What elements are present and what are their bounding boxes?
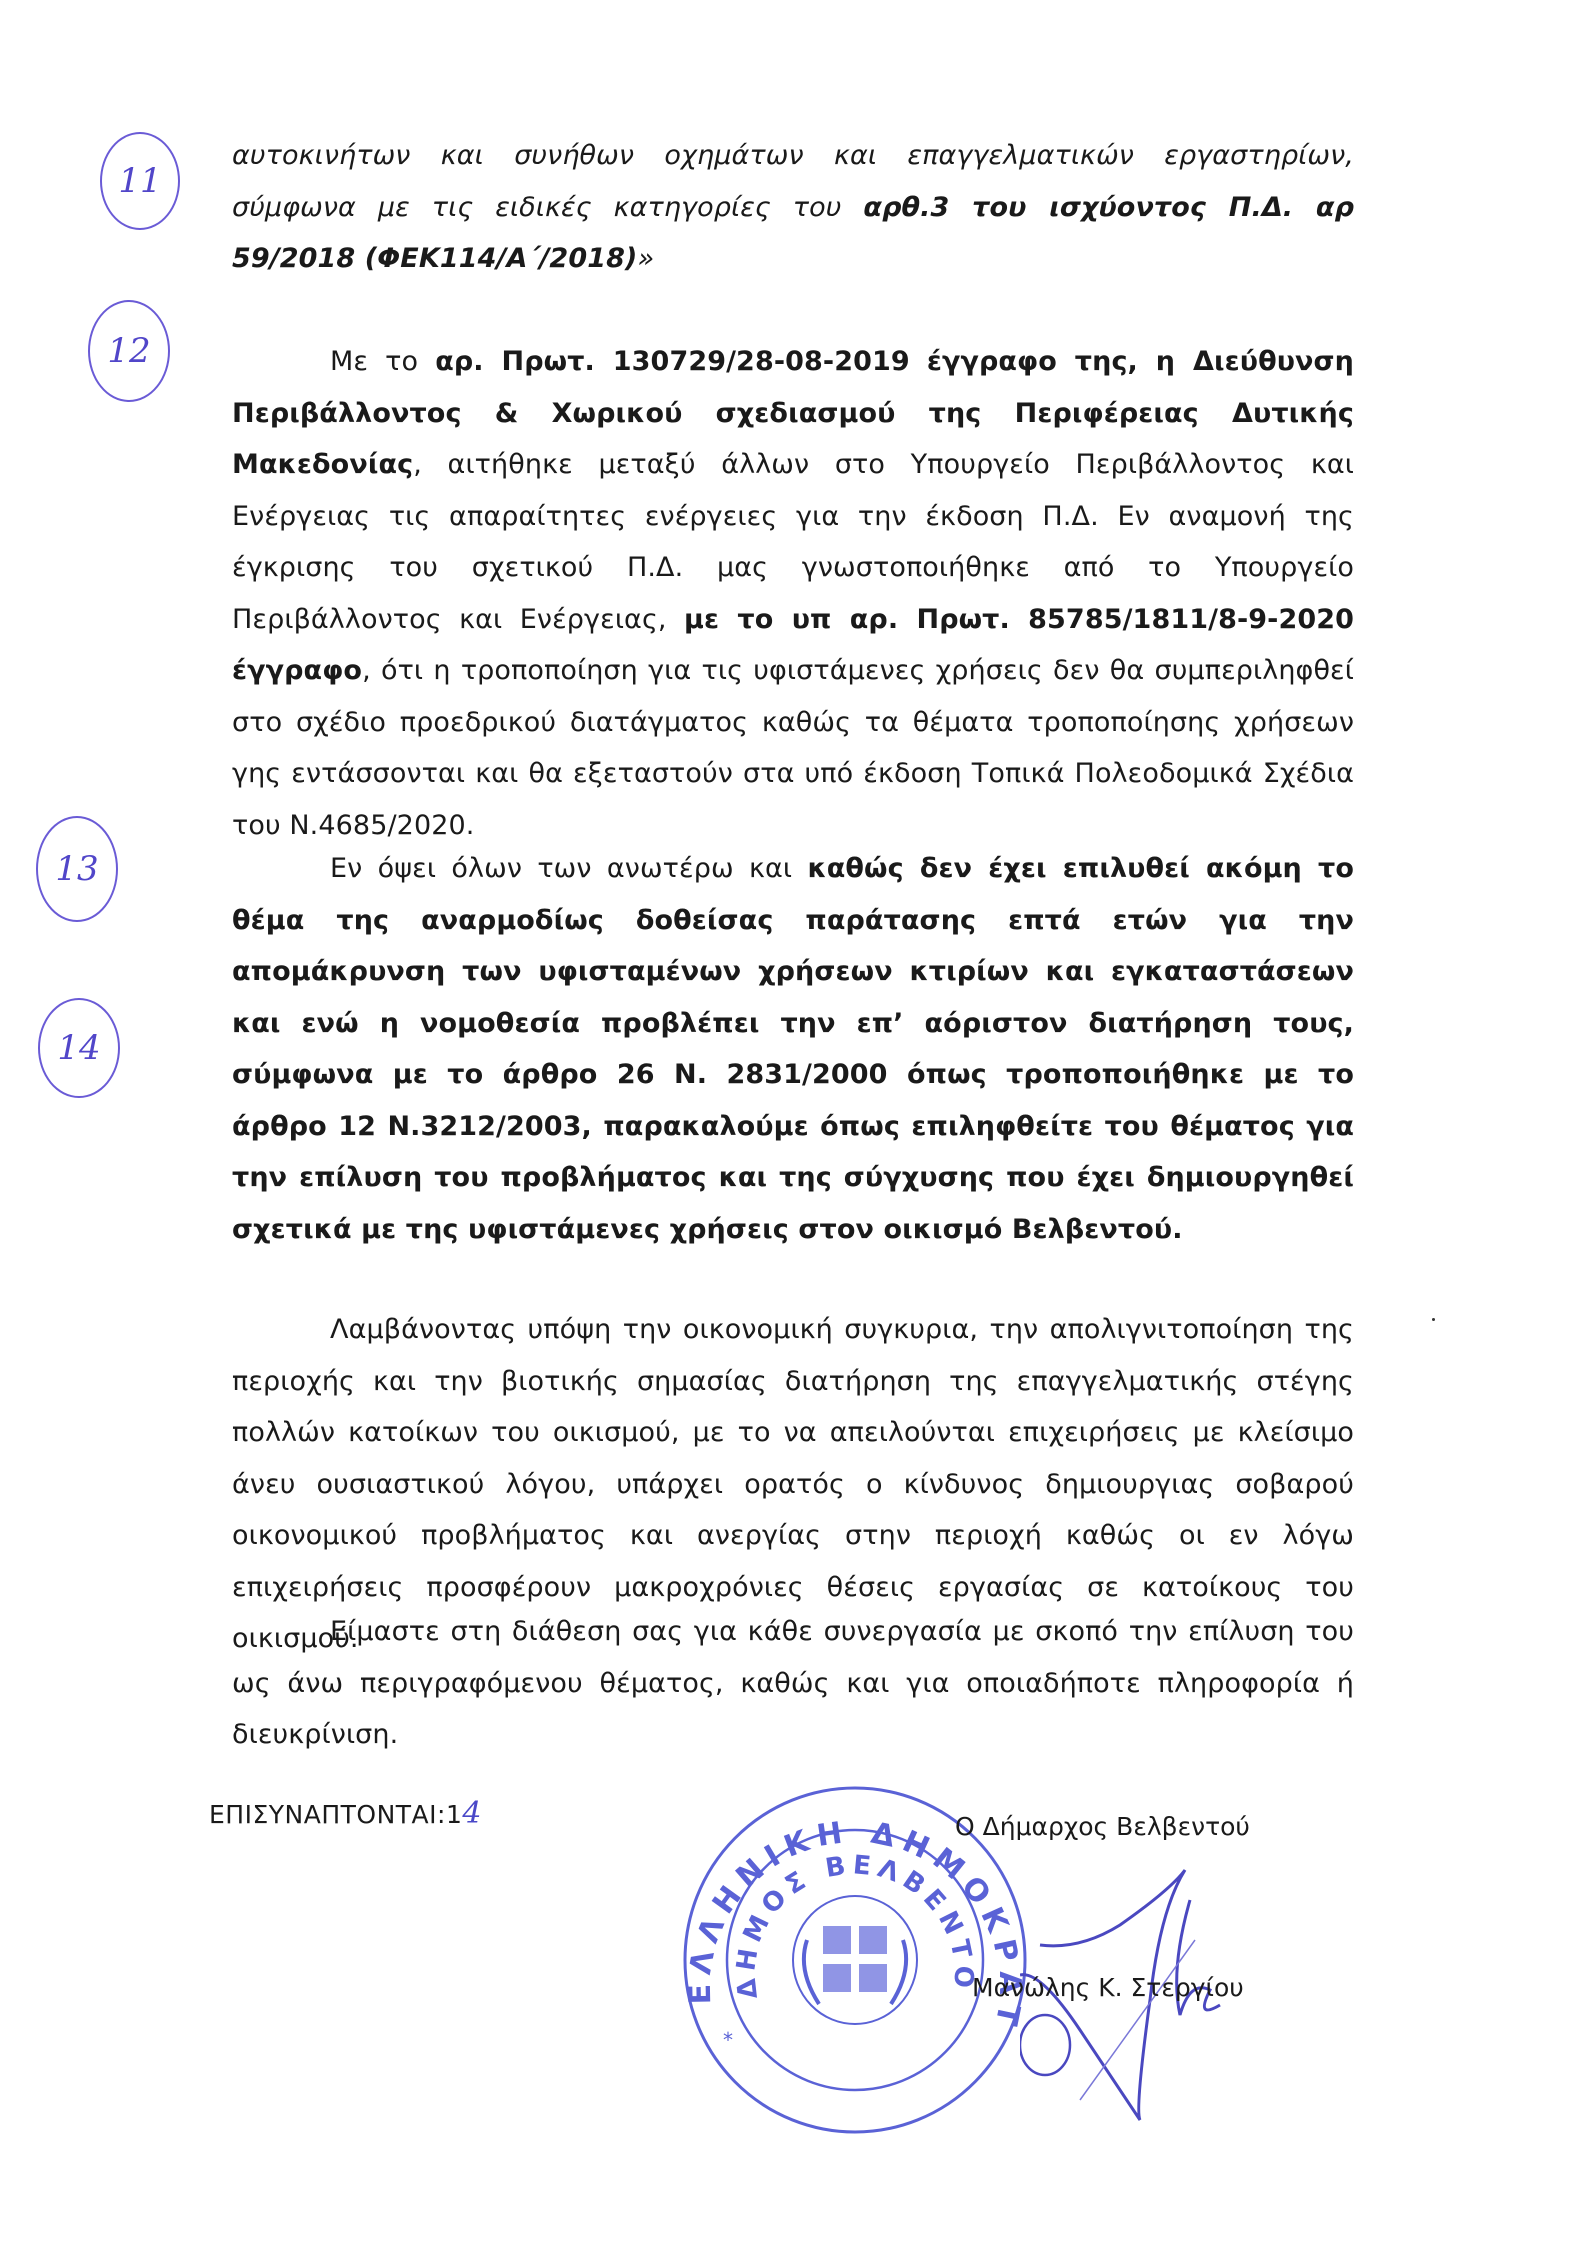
scan-speck [1432, 1318, 1435, 1321]
p3-text-1: Εν όψει όλων των ανωτέρω και [330, 853, 807, 884]
p2-ref-number: αρ. Πρωτ. 130729/28-08-2019 [435, 346, 910, 377]
p2-space [910, 346, 927, 377]
paragraph-2: Με το αρ. Πρωτ. 130729/28-08-2019 έγγραφ… [232, 336, 1354, 851]
attachments-count: 4 [462, 1796, 482, 1831]
document-page: 11 12 13 14 αυτοκινήτων και συνήθων οχημ… [0, 0, 1587, 2247]
margin-note-13: 13 [36, 816, 118, 922]
paragraph-1: αυτοκινήτων και συνήθων οχημάτων και επα… [232, 130, 1354, 285]
p4-text: Λαμβάνοντας υπόψη την οικονομική συγκυρι… [232, 1314, 1354, 1654]
paragraph-1-end: » [637, 243, 654, 274]
margin-note-14: 14 [38, 998, 120, 1098]
attachments-text: ΕΠΙΣΥΝΑΠΤΟΝΤΑΙ:1 [209, 1800, 462, 1829]
p5-text: Είμαστε στη διάθεση σας για κάθε συνεργα… [232, 1616, 1354, 1750]
p2-text-1: Με το [330, 346, 435, 377]
attachments-label: ΕΠΙΣΥΝΑΠΤΟΝΤΑΙ:14 [209, 1796, 482, 1831]
paragraph-3: Εν όψει όλων των ανωτέρω και καθώς δεν έ… [232, 843, 1354, 1255]
paragraph-5: Είμαστε στη διάθεση σας για κάθε συνεργα… [232, 1606, 1354, 1761]
margin-note-12: 12 [88, 300, 170, 402]
signatory-name: Μανώλης Κ. Στεργίου [972, 1973, 1244, 2002]
svg-text:*: * [723, 2028, 733, 2052]
p2-text-3: , ότι η τροποποίηση για τις υφιστάμενες … [232, 655, 1354, 841]
margin-note-11: 11 [100, 132, 180, 230]
p3-request: καθώς δεν έχει επιλυθεί ακόμη το θέμα τη… [232, 853, 1354, 1245]
